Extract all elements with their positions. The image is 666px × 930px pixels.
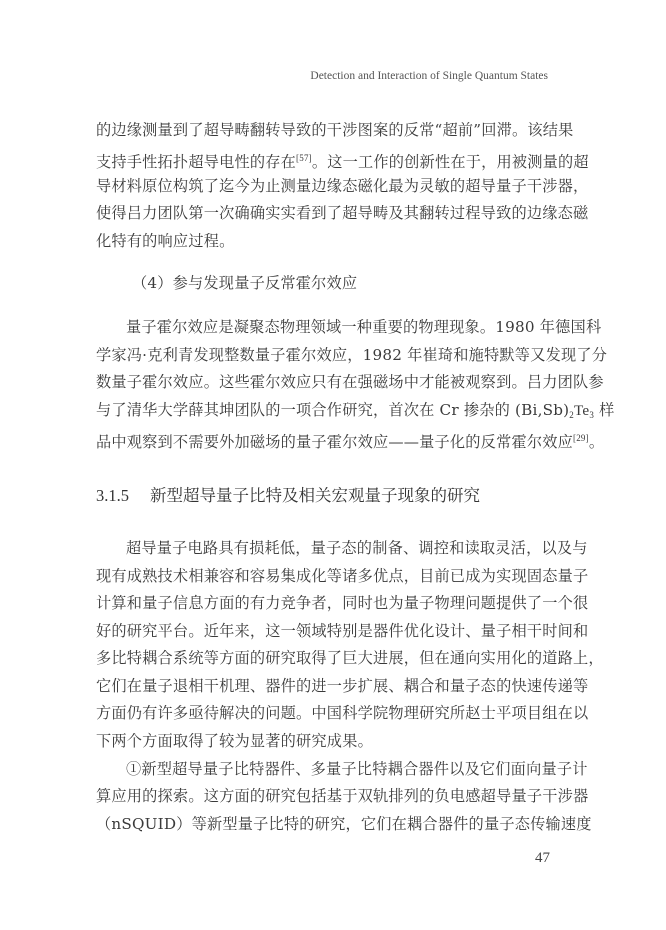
citation: [29] (573, 433, 589, 443)
subheading: （4）参与发现量子反常霍尔效应 (132, 273, 586, 293)
section-number: 3.1.5 (96, 486, 150, 506)
text-line: 品中观察到不需要外加磁场的量子霍尔效应——量子化的反常霍尔效应[29]。 (96, 428, 550, 452)
section-title: 新型超导量子比特及相关宏观量子现象的研究 (150, 486, 480, 505)
text-line: 使得吕力团队第一次确确实实看到了超导畴及其翻转过程导致的边缘态磁 (96, 203, 550, 223)
text-fragment: 与了清华大学薛其坤团队的一项合作研究，首次在 Cr 掺杂的 (Bi,Sb) (96, 401, 569, 419)
text-line: 多比特耦合系统等方面的研究取得了巨大进展，但在通向实用化的道路上， (96, 648, 550, 668)
citation: [57] (296, 153, 312, 163)
running-head: Detection and Interaction of Single Quan… (310, 70, 548, 82)
text-line: 计算和量子信息方面的有力竞争者，同时也为量子物理问题提供了一个很 (96, 593, 550, 613)
section-heading: 3.1.5新型超导量子比特及相关宏观量子现象的研究 (96, 482, 480, 506)
text-fragment: 。这一工作的创新性在于，用被测量的超 (312, 153, 589, 171)
text-fragment: 样 (594, 401, 614, 419)
text-line: 数量子霍尔效应。这些霍尔效应只有在强磁场中才能被观察到。吕力团队参 (96, 372, 550, 392)
text-line: 与了清华大学薛其坤团队的一项合作研究，首次在 Cr 掺杂的 (Bi,Sb)2Te… (96, 400, 550, 425)
text-fragment: Te (574, 402, 589, 419)
text-fragment: 品中观察到不需要外加磁场的量子霍尔效应——量子化的反常霍尔效应 (96, 433, 573, 451)
text-line: 方面仍有许多亟待解决的问题。中国科学院物理研究所赵士平项目组在以 (96, 703, 550, 723)
text-line: 支持手性拓扑超导电性的存在[57]。这一工作的创新性在于，用被测量的超 (96, 148, 550, 172)
text-line: 的边缘测量到了超导畴翻转导致的干涉图案的反常“超前”回滞。该结果 (96, 120, 550, 140)
text-line: 化特有的响应过程。 (96, 231, 550, 251)
text-line: 算应用的探索。这方面的研究包括基于双轨排列的负电感超导量子干涉器 (96, 786, 550, 806)
text-fragment: 。 (589, 433, 604, 451)
text-line: 它们在量子退相干机理、器件的进一步扩展、耦合和量子态的快速传递等 (96, 676, 550, 696)
text-line: 量子霍尔效应是凝聚态物理领域一种重要的物理现象。1980 年德国科 (126, 317, 550, 337)
text-line: 现有成熟技术相兼容和容易集成化等诸多优点，目前已成为实现固态量子 (96, 566, 550, 586)
text-line: 学家冯·克利青发现整数量子霍尔效应，1982 年崔琦和施特默等又发现了分 (96, 345, 550, 365)
text-line: （nSQUID）等新型量子比特的研究，它们在耦合器件的量子态传输速度 (96, 814, 550, 834)
text-fragment: 支持手性拓扑超导电性的存在 (96, 153, 296, 171)
text-line: 超导量子电路具有损耗低，量子态的制备、调控和读取灵活，以及与 (126, 538, 550, 558)
text-line: 导材料原位构筑了迄今为止测量边缘态磁化最为灵敏的超导量子干涉器， (96, 176, 550, 196)
text-line: ①新型超导量子比特器件、多量子比特耦合器件以及它们面向量子计 (126, 759, 550, 779)
text-line: 好的研究平台。近年来，这一领域特别是器件优化设计、量子相干时间和 (96, 621, 550, 641)
page-number: 47 (535, 850, 550, 867)
text-line: 下两个方面取得了较为显著的研究成果。 (96, 731, 550, 751)
